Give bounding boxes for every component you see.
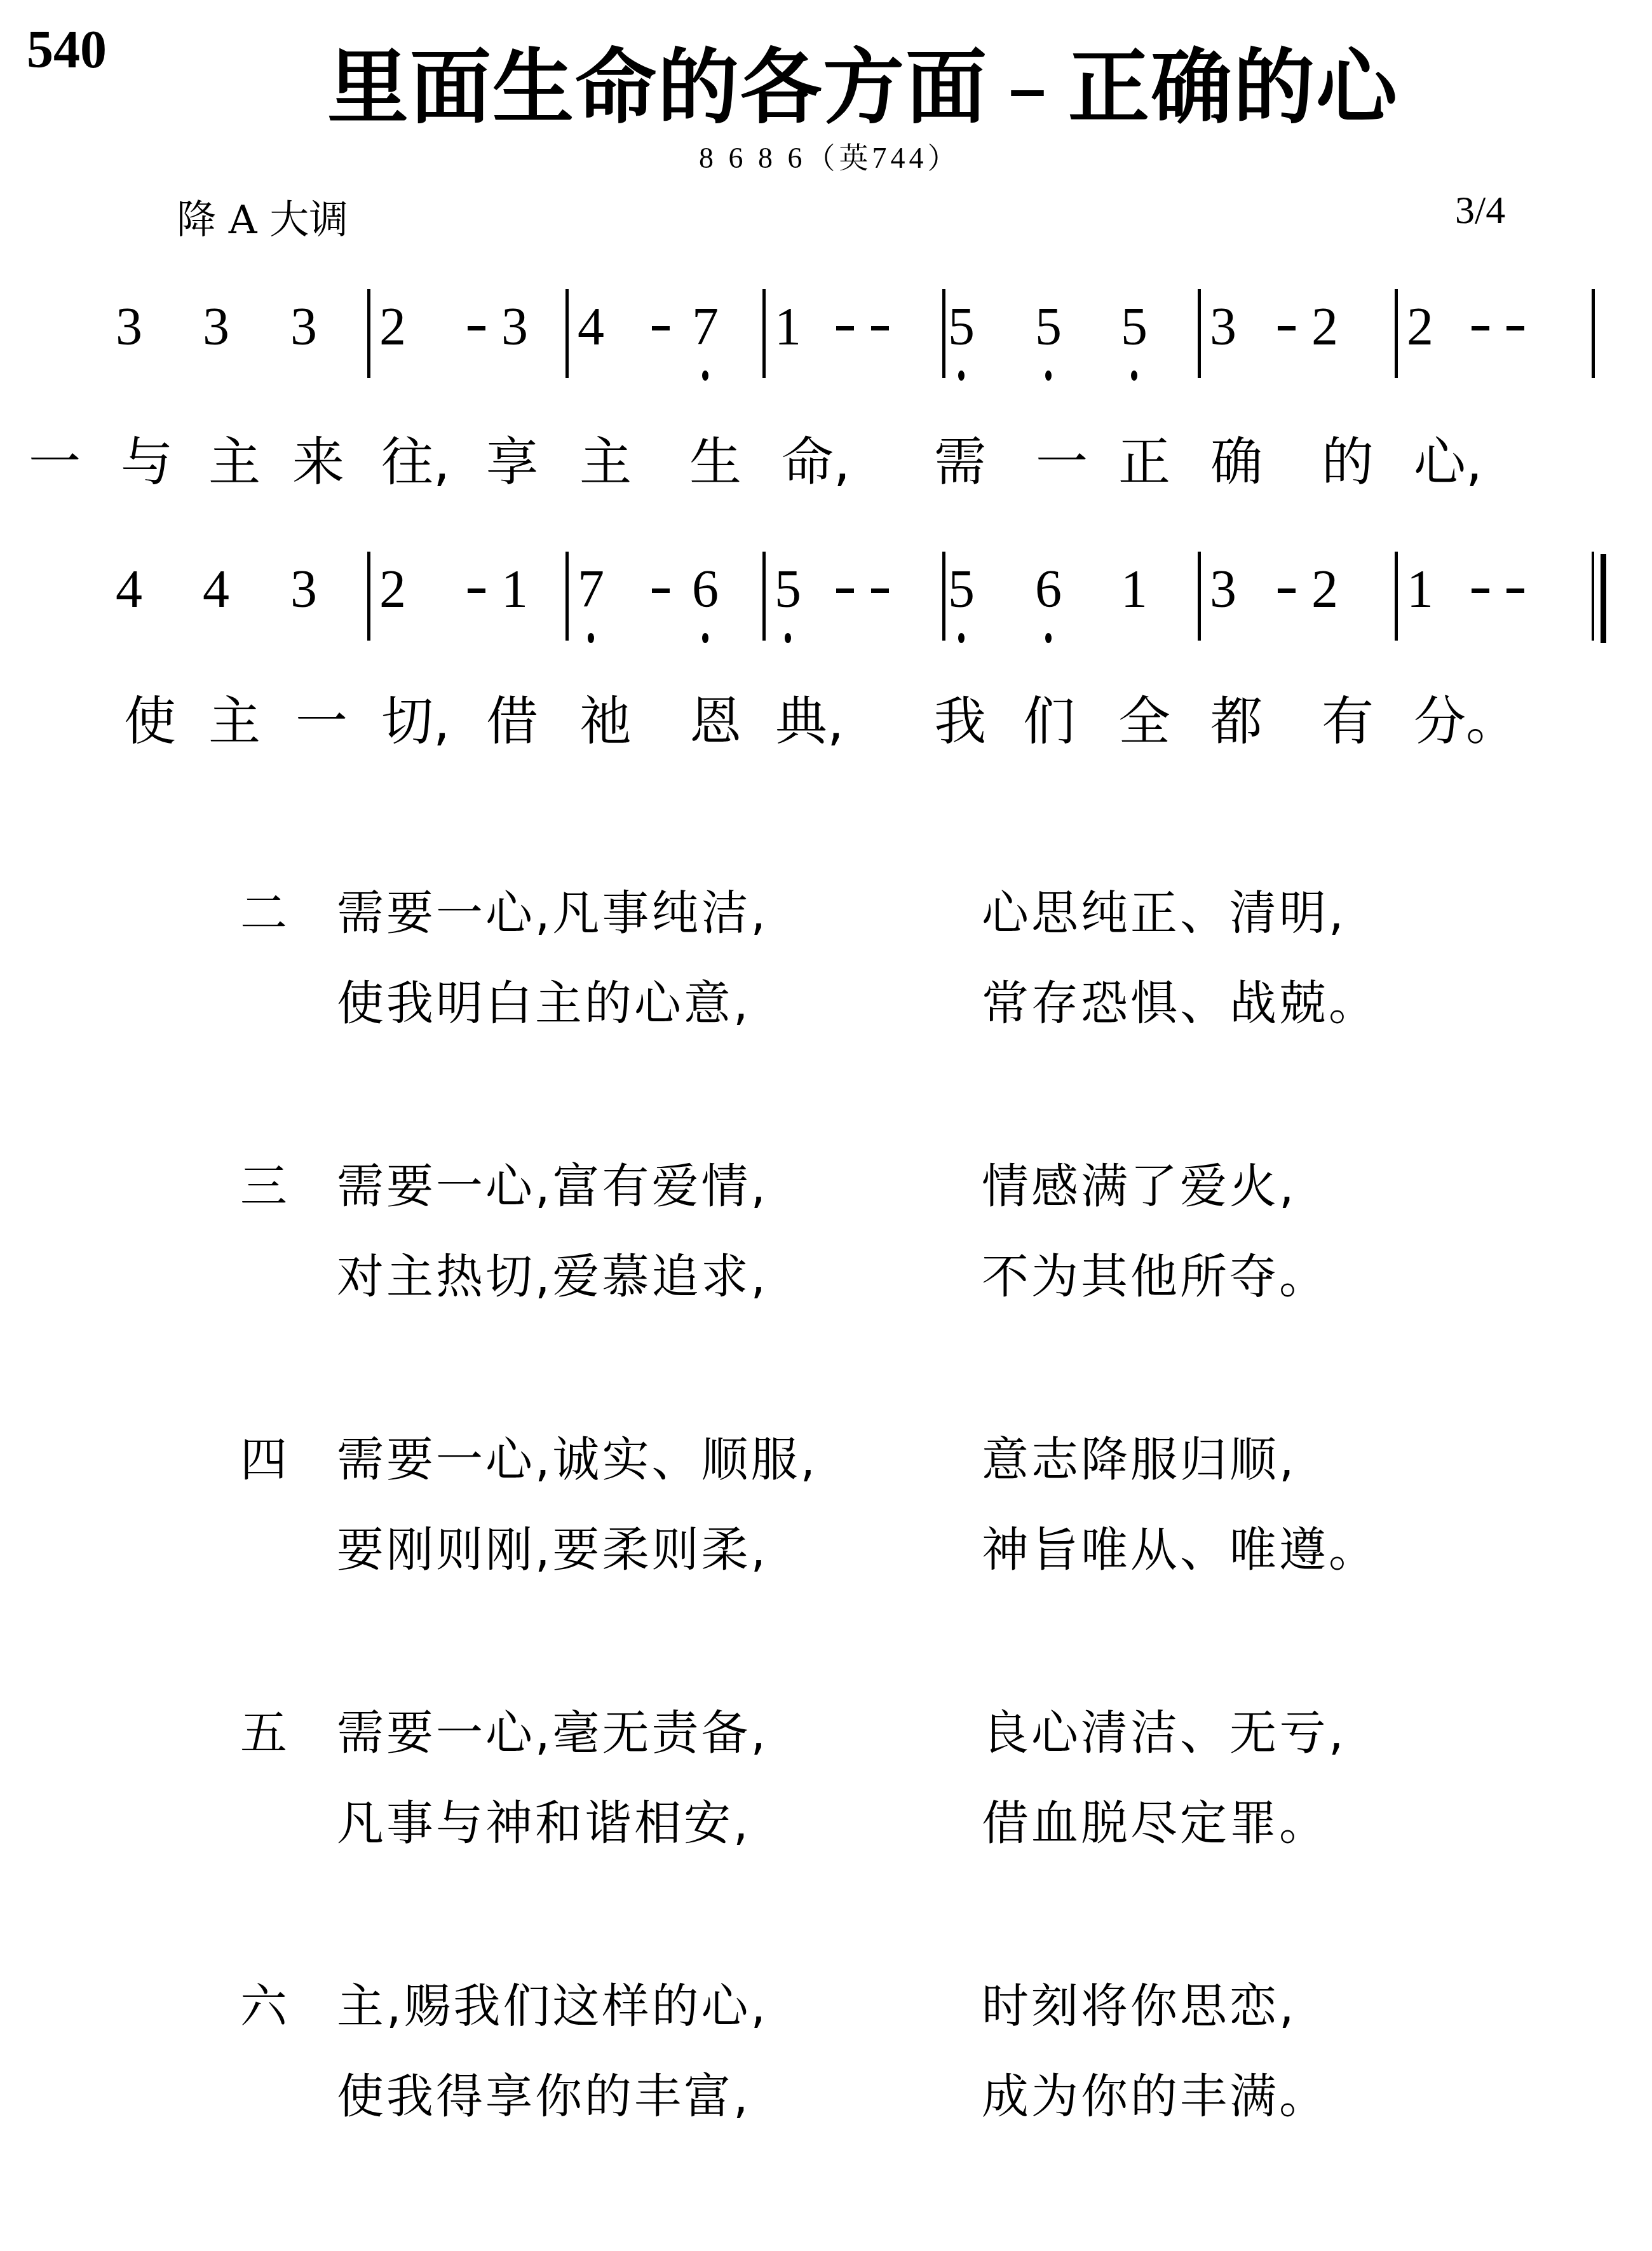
verse-6-line-b1: 时刻将你思恋, — [982, 1969, 1297, 2036]
note: 5 — [942, 296, 980, 359]
verse-5-line-b2: 借血脱尽定罪。 — [982, 1786, 1329, 1853]
verse-6-line-a1: 主,赐我们这样的心, — [337, 1969, 768, 2036]
note: 1 — [1115, 558, 1153, 622]
verse-number: 三 — [240, 1149, 287, 1216]
barline — [1395, 552, 1398, 641]
hold-dash — [652, 326, 670, 330]
hold-dash — [468, 588, 485, 593]
lyric-syllable: 的 — [1322, 421, 1374, 495]
lyric-syllable: 主 — [208, 680, 261, 754]
low-octave-dot-icon — [1131, 371, 1137, 381]
verse-number: 四 — [240, 1422, 287, 1490]
barline — [762, 552, 766, 641]
note: 1 — [769, 296, 807, 359]
verse-4-line-b1: 意志降服归顺, — [982, 1422, 1297, 1490]
verse-2-line-b1: 心思纯正、清明, — [982, 876, 1346, 943]
note: 3 — [110, 296, 148, 359]
barline — [1198, 552, 1201, 641]
note: 3 — [1204, 558, 1242, 622]
low-octave-dot-icon — [958, 633, 965, 643]
lyric-syllable: 正 — [1118, 421, 1170, 495]
lyric-syllable: 与 — [121, 421, 173, 495]
note: 5 — [1029, 296, 1067, 359]
lyric-syllable: 们 — [1023, 680, 1075, 754]
final-barline-thick — [1601, 554, 1606, 643]
verse-4-line-b2: 神旨唯从、唯遵。 — [982, 1513, 1378, 1580]
verse-5-line-b1: 良心清洁、无亏, — [982, 1696, 1346, 1763]
lyric-syllable: 主 — [208, 421, 261, 495]
note: 5 — [769, 558, 807, 622]
note: 3 — [285, 296, 323, 359]
lyric-syllable: 心, — [1414, 421, 1482, 495]
note: 2 — [374, 296, 412, 359]
hymn-title: 里面生命的各方面–正确的心 — [327, 22, 1398, 139]
verse-2-line-b2: 常存恐惧、战兢。 — [982, 966, 1378, 1033]
barline — [565, 289, 569, 378]
verse-2-line-a2: 使我明白主的心意, — [337, 966, 751, 1033]
lyric-syllable: 来 — [292, 421, 344, 495]
verse-2-line-a1: 需要一心,凡事纯洁, — [337, 876, 768, 943]
verse-number: 五 — [240, 1696, 287, 1763]
hold-dash — [1506, 588, 1524, 593]
lyric-syllable: 分。 — [1414, 680, 1518, 754]
title-main: 里面生命的各方面 — [327, 41, 988, 135]
barline — [1592, 289, 1595, 378]
barline — [1198, 289, 1201, 378]
verse-6-line-a2: 使我得享你的丰富, — [337, 2059, 751, 2126]
lyric-syllable: 享 — [486, 421, 538, 495]
hold-dash — [871, 326, 889, 330]
final-barline-thin — [1592, 552, 1594, 641]
lyric-line-1: 一与主来往,享主生命,需一正确的心, — [0, 421, 1652, 484]
note: 3 — [1204, 296, 1242, 359]
lyric-syllable: 我 — [934, 680, 986, 754]
hold-dash — [1472, 326, 1489, 330]
barline — [762, 289, 766, 378]
note: 2 — [1306, 558, 1344, 622]
meter-label: 8 6 8 6（英744） — [699, 135, 961, 177]
note: 1 — [496, 558, 534, 622]
low-octave-dot-icon — [785, 633, 791, 643]
note: 1 — [1401, 558, 1439, 622]
lyric-syllable: 都 — [1210, 680, 1263, 754]
verse-3-line-a1: 需要一心,富有爱情, — [337, 1149, 768, 1216]
hold-dash — [468, 326, 485, 330]
verse-3-line-b2: 不为其他所夺。 — [982, 1239, 1329, 1307]
lyric-syllable: 使 — [124, 680, 176, 754]
lyric-syllable: 一 — [29, 421, 81, 495]
note: 6 — [686, 558, 724, 622]
note: 2 — [374, 558, 412, 622]
verse-3-line-a2: 对主热切,爱慕追求, — [337, 1239, 768, 1307]
lyric-syllable: 恩 — [689, 680, 741, 754]
barline — [565, 552, 569, 641]
notation-row-1: 33323471555322 — [0, 289, 1652, 397]
time-signature: 3/4 — [1455, 188, 1505, 233]
note: 2 — [1306, 296, 1344, 359]
lyric-syllable: 切, — [381, 680, 450, 754]
verse-4-line-a1: 需要一心,诚实、顺服, — [337, 1422, 818, 1490]
barline — [367, 289, 370, 378]
note: 6 — [1029, 558, 1067, 622]
verse-5-line-a2: 凡事与神和谐相安, — [337, 1786, 751, 1853]
lyric-syllable: 需 — [934, 421, 986, 495]
barline — [1395, 289, 1398, 378]
lyric-syllable: 往, — [381, 421, 450, 495]
lyric-syllable: 确 — [1210, 421, 1263, 495]
hold-dash — [836, 326, 854, 330]
low-octave-dot-icon — [1045, 633, 1052, 643]
note: 3 — [197, 296, 235, 359]
hold-dash — [1278, 326, 1296, 330]
hymn-number: 540 — [27, 19, 107, 81]
verse-6-line-b2: 成为你的丰满。 — [982, 2059, 1329, 2126]
lyric-syllable: 借 — [486, 680, 538, 754]
barline — [367, 552, 370, 641]
lyric-line-2: 使主一切,借祂恩典,我们全都有分。 — [0, 680, 1652, 744]
lyric-syllable: 祂 — [579, 680, 632, 754]
note: 7 — [572, 558, 610, 622]
hold-dash — [871, 588, 889, 593]
lyric-syllable: 一 — [1036, 421, 1088, 495]
title-subtitle: 正确的心 — [1068, 41, 1398, 135]
hold-dash — [652, 588, 670, 593]
lyric-syllable: 全 — [1118, 680, 1170, 754]
verse-5-line-a1: 需要一心,毫无责备, — [337, 1696, 768, 1763]
lyric-syllable: 命, — [782, 421, 850, 495]
note: 3 — [285, 558, 323, 622]
hold-dash — [1472, 588, 1489, 593]
verse-number: 二 — [240, 876, 287, 943]
verse-3-line-b1: 情感满了爱火, — [982, 1149, 1297, 1216]
lyric-syllable: 典, — [775, 680, 844, 754]
note: 4 — [110, 558, 148, 622]
lyric-syllable: 有 — [1322, 680, 1374, 754]
lyric-syllable: 生 — [689, 421, 741, 495]
note: 2 — [1401, 296, 1439, 359]
hold-dash — [836, 588, 854, 593]
verse-number: 六 — [240, 1969, 287, 2036]
low-octave-dot-icon — [702, 633, 708, 643]
title-dash: – — [1007, 41, 1049, 135]
low-octave-dot-icon — [1045, 371, 1052, 381]
lyric-syllable: 一 — [295, 680, 348, 754]
low-octave-dot-icon — [958, 371, 965, 381]
note: 5 — [1115, 296, 1153, 359]
hold-dash — [1278, 588, 1296, 593]
notation-row-2: 44321765561321 — [0, 552, 1652, 660]
note: 4 — [197, 558, 235, 622]
note: 5 — [942, 558, 980, 622]
note: 3 — [496, 296, 534, 359]
lyric-syllable: 主 — [579, 421, 632, 495]
low-octave-dot-icon — [588, 633, 594, 643]
key-signature: 降 A 大调 — [177, 188, 348, 245]
note: 4 — [572, 296, 610, 359]
note: 7 — [686, 296, 724, 359]
low-octave-dot-icon — [702, 371, 708, 381]
hold-dash — [1506, 326, 1524, 330]
verse-4-line-a2: 要刚则刚,要柔则柔, — [337, 1513, 768, 1580]
